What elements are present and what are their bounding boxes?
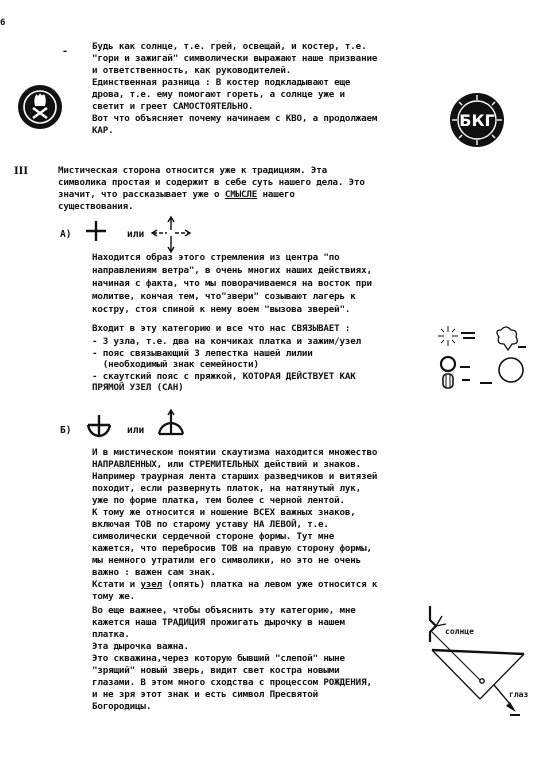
text-line: "зрящий" новый зверь, видит свет костра … bbox=[92, 665, 340, 677]
list-item: - 3 узла, т.е. два на кончиках платка и … bbox=[92, 336, 361, 348]
text-line: и не зря этот знак и есть символ Пресвят… bbox=[92, 689, 318, 701]
bow-arrow-icon bbox=[86, 413, 112, 439]
text-line: символически сердечной стороне формы. Ту… bbox=[92, 531, 334, 543]
bullet-dash: - bbox=[62, 46, 68, 57]
text-line: светит и греет САМОСТОЯТЕЛЬНО. bbox=[92, 101, 253, 113]
text-line: дрова, т.е. ему помогают гореть, а солнц… bbox=[92, 89, 345, 101]
text-line: "гори и зажигай" символически выражают н… bbox=[92, 53, 377, 65]
page-number: 6 bbox=[0, 18, 5, 28]
fire-emblem-icon bbox=[17, 84, 63, 130]
text-line: уже по форме платка, тем более с черной … bbox=[92, 495, 345, 507]
text-line: важно : важен сам знак. bbox=[92, 567, 216, 579]
text-line: включая ТОВ по старому уставу НА ЛЕВОЙ, … bbox=[92, 519, 329, 531]
text-line: Входит в эту категорию и все что нас СВЯ… bbox=[92, 323, 350, 335]
text-line: Будь как солнце, т.е. грей, освещай, и к… bbox=[92, 41, 366, 53]
bow-up-arrow-icon bbox=[157, 408, 185, 438]
text-line: Вот что объясняет почему начинаем с КВО,… bbox=[92, 113, 377, 125]
part-a-or: или bbox=[127, 229, 144, 240]
text-line: К тому же относится и ношение ВСЕХ важны… bbox=[92, 507, 356, 519]
text-line: тому же. bbox=[92, 591, 135, 603]
list-item: ПРЯМОЙ УЗЕЛ (САН) bbox=[92, 382, 183, 394]
text-line: Богородицы. bbox=[92, 701, 151, 713]
diagram-label-eye: глаз bbox=[509, 690, 528, 699]
text-line: Находится образ этого стремления из цент… bbox=[92, 252, 340, 264]
neckerchief-diagram-icon bbox=[418, 598, 540, 720]
svg-text:БКГ: БКГ bbox=[459, 111, 494, 130]
part-b-or: или bbox=[127, 425, 144, 436]
text-line: платка. bbox=[92, 629, 130, 641]
text-line: Эта дырочка важна. bbox=[92, 641, 189, 653]
text-line: существования. bbox=[58, 201, 133, 213]
text-line: молитве, кончая тем, что"звери" созывают… bbox=[92, 291, 356, 303]
text-line: символика простая и содержит в себе суть… bbox=[58, 177, 365, 189]
cross-icon bbox=[84, 219, 108, 243]
text-line: Это скважина,через которую бывший "слепо… bbox=[92, 653, 345, 665]
text-line: И в мистическом понятии скаутизма находи… bbox=[92, 447, 377, 459]
text-line: кажется наша ТРАДИЦИЯ прожигать дырочку … bbox=[92, 617, 345, 629]
bkg-emblem-icon: БКГ bbox=[449, 92, 505, 148]
text-line: мы немного утратили его символики, но эт… bbox=[92, 555, 361, 567]
text-line: Кстати и узел (опять) платка на левом уж… bbox=[92, 579, 377, 591]
list-item: - пояс связывающий 3 лепестка нашей лили… bbox=[92, 348, 313, 360]
text-line: и ответственность, как руководителей. bbox=[92, 65, 291, 77]
text-line: КАР. bbox=[92, 125, 114, 137]
text-line: Во еще важнее, чтобы объяснить эту катег… bbox=[92, 605, 356, 617]
knot-symbols-icon bbox=[436, 324, 536, 392]
list-item: (необходимый знак семейности) bbox=[92, 359, 259, 371]
list-item: - скаутский пояс с пряжкой, КОТОРАЯ ДЕЙС… bbox=[92, 371, 356, 383]
text-line: значит, что рассказывает уже о СМЫСЛЕ на… bbox=[58, 189, 295, 201]
text-line: начиная с факта, что мы поворачиваемся н… bbox=[92, 278, 372, 290]
text-line: глазами. В этом много сходства с процесс… bbox=[92, 677, 372, 689]
text-line: направлениям ветра", в очень многих наши… bbox=[92, 265, 372, 277]
text-line: кажется, что перебросив ТОВ на правую ст… bbox=[92, 543, 372, 555]
text-line: НАПРАВЛЕННЫХ, или СТРЕМИТЕЛЬНЫХ действий… bbox=[92, 459, 361, 471]
text-line: Единственная разница : В костер подклады… bbox=[92, 77, 350, 89]
part-a-label: А) bbox=[60, 229, 71, 240]
section-numeral: III bbox=[14, 166, 28, 177]
part-b-label: Б) bbox=[60, 425, 71, 436]
text-line: костру, стоя спиной к нему воем "вызова … bbox=[92, 304, 350, 316]
text-line: Например траурная лента старших разведчи… bbox=[92, 471, 377, 483]
text-line: Мистическая сторона относится уже к трад… bbox=[58, 165, 327, 177]
compass-arrows-icon bbox=[150, 214, 192, 254]
text-line: походит, если развернуть платок, на натя… bbox=[92, 483, 361, 495]
diagram-label-sun: солнце bbox=[445, 627, 474, 636]
